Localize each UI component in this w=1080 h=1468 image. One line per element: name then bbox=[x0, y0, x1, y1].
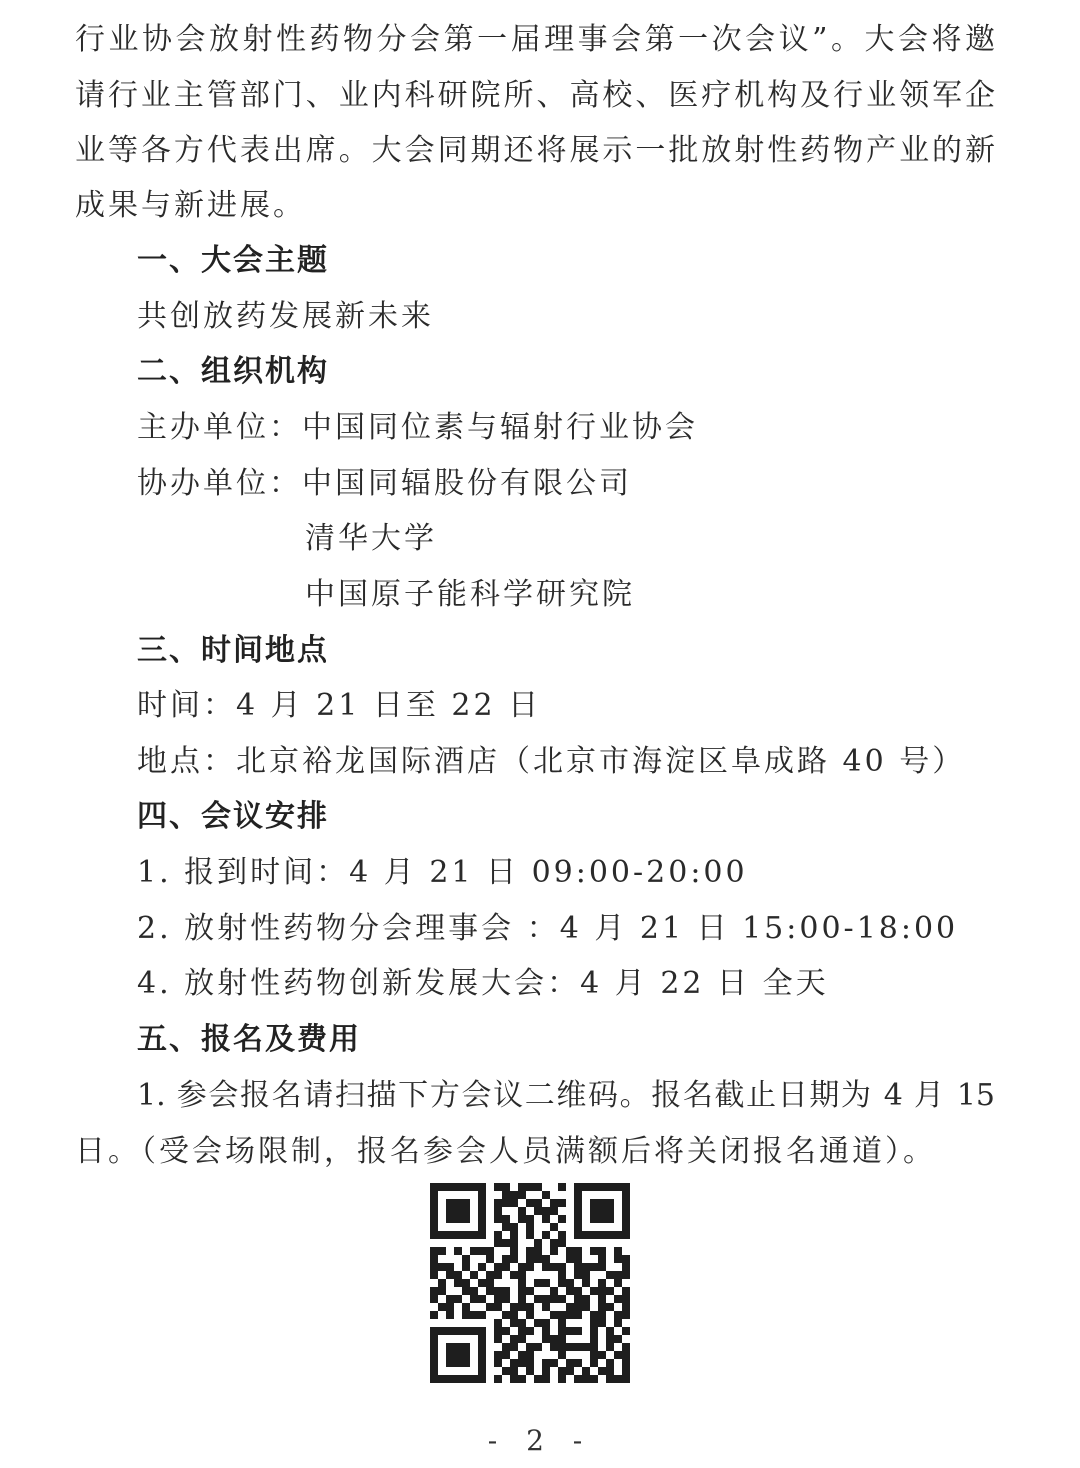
qr-module bbox=[582, 1343, 590, 1351]
qr-module bbox=[518, 1327, 526, 1335]
qr-module bbox=[566, 1223, 574, 1231]
qr-module bbox=[462, 1319, 470, 1327]
qr-module bbox=[454, 1239, 462, 1247]
qr-module bbox=[534, 1199, 542, 1207]
qr-module bbox=[590, 1311, 598, 1319]
qr-module bbox=[518, 1223, 526, 1231]
qr-module bbox=[446, 1191, 454, 1199]
qr-module bbox=[502, 1199, 510, 1207]
registration-line-2: 日。（受会场限制，报名参会人员满额后将关闭报名通道）。 bbox=[75, 1132, 936, 1172]
qr-module bbox=[454, 1319, 462, 1327]
qr-module bbox=[606, 1191, 614, 1199]
event-place: 地点：北京裕龙国际酒店（北京市海淀区阜成路 40 号） bbox=[137, 742, 965, 782]
qr-module bbox=[478, 1295, 486, 1303]
qr-module bbox=[534, 1183, 542, 1191]
qr-module bbox=[622, 1271, 630, 1279]
qr-module bbox=[446, 1263, 454, 1271]
qr-module bbox=[486, 1319, 494, 1327]
qr-module bbox=[534, 1303, 542, 1311]
qr-module bbox=[526, 1303, 534, 1311]
qr-module bbox=[614, 1351, 622, 1359]
qr-module bbox=[502, 1183, 510, 1191]
qr-module bbox=[438, 1183, 446, 1191]
qr-module bbox=[486, 1359, 494, 1367]
qr-module bbox=[494, 1375, 502, 1383]
qr-module bbox=[454, 1255, 462, 1263]
qr-module bbox=[510, 1327, 518, 1335]
qr-module bbox=[478, 1191, 486, 1199]
qr-module bbox=[582, 1271, 590, 1279]
qr-module bbox=[590, 1239, 598, 1247]
qr-module bbox=[470, 1319, 478, 1327]
qr-module bbox=[574, 1359, 582, 1367]
qr-module bbox=[486, 1295, 494, 1303]
qr-module bbox=[526, 1375, 534, 1383]
qr-module bbox=[614, 1303, 622, 1311]
qr-module bbox=[446, 1279, 454, 1287]
qr-module bbox=[510, 1247, 518, 1255]
qr-module bbox=[518, 1231, 526, 1239]
qr-module bbox=[494, 1311, 502, 1319]
qr-module bbox=[590, 1215, 598, 1223]
qr-module bbox=[574, 1375, 582, 1383]
qr-module bbox=[510, 1223, 518, 1231]
qr-module bbox=[478, 1207, 486, 1215]
qr-module bbox=[454, 1279, 462, 1287]
qr-module bbox=[558, 1295, 566, 1303]
qr-module bbox=[494, 1223, 502, 1231]
qr-module bbox=[502, 1343, 510, 1351]
qr-module bbox=[566, 1191, 574, 1199]
qr-module bbox=[558, 1223, 566, 1231]
qr-module bbox=[534, 1335, 542, 1343]
qr-module bbox=[598, 1311, 606, 1319]
qr-module bbox=[574, 1191, 582, 1199]
qr-module bbox=[438, 1215, 446, 1223]
qr-module bbox=[438, 1231, 446, 1239]
qr-module bbox=[446, 1375, 454, 1383]
qr-module bbox=[438, 1303, 446, 1311]
qr-module bbox=[574, 1207, 582, 1215]
qr-module bbox=[566, 1327, 574, 1335]
qr-module bbox=[598, 1327, 606, 1335]
qr-module bbox=[510, 1191, 518, 1199]
section-heading-time-place: 三、时间地点 bbox=[137, 631, 329, 671]
qr-module bbox=[510, 1351, 518, 1359]
qr-module bbox=[542, 1215, 550, 1223]
qr-module bbox=[454, 1351, 462, 1359]
qr-module bbox=[526, 1207, 534, 1215]
qr-module bbox=[478, 1279, 486, 1287]
qr-module bbox=[438, 1223, 446, 1231]
qr-module bbox=[446, 1359, 454, 1367]
qr-module bbox=[462, 1295, 470, 1303]
qr-module bbox=[446, 1311, 454, 1319]
qr-module bbox=[454, 1223, 462, 1231]
co-organizer-label: 协办单位： bbox=[137, 464, 302, 504]
schedule-item-3: 4. 放射性药物创新发展大会：4 月 22 日 全天 bbox=[137, 964, 829, 1004]
qr-module bbox=[486, 1271, 494, 1279]
qr-module bbox=[614, 1239, 622, 1247]
qr-module bbox=[446, 1247, 454, 1255]
qr-module bbox=[438, 1327, 446, 1335]
qr-module bbox=[486, 1311, 494, 1319]
qr-module bbox=[550, 1223, 558, 1231]
qr-module bbox=[502, 1319, 510, 1327]
qr-module bbox=[606, 1231, 614, 1239]
qr-module bbox=[622, 1335, 630, 1343]
qr-module bbox=[582, 1255, 590, 1263]
qr-module bbox=[454, 1335, 462, 1343]
qr-module bbox=[606, 1319, 614, 1327]
qr-module bbox=[526, 1279, 534, 1287]
theme-content: 共创放药发展新未来 bbox=[137, 297, 434, 337]
qr-module bbox=[430, 1215, 438, 1223]
qr-module bbox=[550, 1343, 558, 1351]
qr-module bbox=[438, 1247, 446, 1255]
qr-module bbox=[438, 1319, 446, 1327]
schedule-item-2: 2. 放射性药物分会理事会 ：4 月 21 日 15:00-18:00 bbox=[137, 909, 958, 949]
qr-module bbox=[430, 1239, 438, 1247]
qr-module bbox=[590, 1303, 598, 1311]
qr-module bbox=[534, 1359, 542, 1367]
qr-module bbox=[574, 1223, 582, 1231]
qr-module bbox=[566, 1239, 574, 1247]
qr-module bbox=[430, 1183, 438, 1191]
qr-module bbox=[542, 1311, 550, 1319]
qr-module bbox=[542, 1199, 550, 1207]
qr-module bbox=[606, 1183, 614, 1191]
qr-module bbox=[534, 1223, 542, 1231]
qr-module bbox=[478, 1247, 486, 1255]
qr-module bbox=[510, 1311, 518, 1319]
qr-module bbox=[574, 1295, 582, 1303]
qr-module bbox=[582, 1199, 590, 1207]
co-organizer-2: 清华大学 bbox=[305, 519, 437, 559]
qr-module bbox=[566, 1375, 574, 1383]
qr-module bbox=[598, 1319, 606, 1327]
qr-module bbox=[590, 1223, 598, 1231]
qr-module bbox=[582, 1239, 590, 1247]
qr-module bbox=[566, 1231, 574, 1239]
qr-module bbox=[502, 1191, 510, 1199]
qr-module bbox=[558, 1199, 566, 1207]
qr-module bbox=[438, 1375, 446, 1383]
qr-module bbox=[486, 1351, 494, 1359]
qr-module bbox=[510, 1367, 518, 1375]
qr-module bbox=[526, 1295, 534, 1303]
qr-module bbox=[622, 1319, 630, 1327]
qr-module bbox=[534, 1191, 542, 1199]
qr-module bbox=[614, 1327, 622, 1335]
qr-module bbox=[614, 1183, 622, 1191]
qr-module bbox=[542, 1207, 550, 1215]
qr-module bbox=[598, 1255, 606, 1263]
qr-module bbox=[510, 1279, 518, 1287]
qr-module bbox=[518, 1351, 526, 1359]
qr-module bbox=[486, 1375, 494, 1383]
qr-module bbox=[622, 1247, 630, 1255]
qr-module bbox=[558, 1367, 566, 1375]
qr-module bbox=[486, 1287, 494, 1295]
qr-module bbox=[622, 1351, 630, 1359]
qr-module bbox=[502, 1287, 510, 1295]
qr-module bbox=[502, 1335, 510, 1343]
qr-module bbox=[526, 1191, 534, 1199]
qr-module bbox=[486, 1183, 494, 1191]
qr-module bbox=[430, 1303, 438, 1311]
qr-module bbox=[526, 1327, 534, 1335]
qr-module bbox=[606, 1351, 614, 1359]
qr-module bbox=[550, 1255, 558, 1263]
qr-module bbox=[446, 1239, 454, 1247]
qr-module bbox=[470, 1199, 478, 1207]
qr-module bbox=[590, 1359, 598, 1367]
qr-module bbox=[606, 1279, 614, 1287]
qr-module bbox=[558, 1359, 566, 1367]
qr-module bbox=[486, 1199, 494, 1207]
qr-module bbox=[494, 1215, 502, 1223]
qr-module bbox=[606, 1367, 614, 1375]
qr-module bbox=[478, 1263, 486, 1271]
qr-module bbox=[454, 1343, 462, 1351]
qr-module bbox=[526, 1231, 534, 1239]
qr-module bbox=[542, 1375, 550, 1383]
qr-module bbox=[462, 1183, 470, 1191]
qr-module bbox=[470, 1271, 478, 1279]
qr-module bbox=[462, 1327, 470, 1335]
registration-qr-code[interactable] bbox=[430, 1183, 630, 1383]
qr-module bbox=[446, 1335, 454, 1343]
qr-module bbox=[534, 1375, 542, 1383]
qr-module bbox=[470, 1303, 478, 1311]
qr-module bbox=[542, 1335, 550, 1343]
qr-module bbox=[574, 1319, 582, 1327]
qr-module bbox=[494, 1335, 502, 1343]
qr-module bbox=[518, 1375, 526, 1383]
qr-module bbox=[622, 1215, 630, 1223]
qr-module bbox=[598, 1215, 606, 1223]
qr-module bbox=[614, 1367, 622, 1375]
qr-module bbox=[582, 1335, 590, 1343]
qr-module bbox=[494, 1239, 502, 1247]
qr-module bbox=[430, 1359, 438, 1367]
qr-module bbox=[446, 1231, 454, 1239]
qr-module bbox=[510, 1271, 518, 1279]
qr-module bbox=[526, 1255, 534, 1263]
host-organization: 中国同位素与辐射行业协会 bbox=[302, 410, 698, 445]
qr-module bbox=[614, 1255, 622, 1263]
qr-module bbox=[518, 1263, 526, 1271]
qr-module bbox=[598, 1199, 606, 1207]
qr-module bbox=[454, 1183, 462, 1191]
qr-module bbox=[446, 1319, 454, 1327]
qr-module bbox=[590, 1319, 598, 1327]
co-organizer-1: 中国同辐股份有限公司 bbox=[302, 466, 632, 501]
qr-module bbox=[518, 1255, 526, 1263]
qr-module bbox=[518, 1367, 526, 1375]
qr-module bbox=[438, 1287, 446, 1295]
qr-module bbox=[582, 1183, 590, 1191]
qr-module bbox=[510, 1303, 518, 1311]
qr-module bbox=[478, 1351, 486, 1359]
qr-module bbox=[438, 1343, 446, 1351]
qr-module bbox=[534, 1231, 542, 1239]
qr-module bbox=[558, 1271, 566, 1279]
qr-module bbox=[454, 1231, 462, 1239]
qr-module bbox=[606, 1263, 614, 1271]
qr-module bbox=[622, 1359, 630, 1367]
qr-module bbox=[598, 1295, 606, 1303]
qr-module bbox=[502, 1303, 510, 1311]
qr-module bbox=[590, 1287, 598, 1295]
qr-module bbox=[454, 1199, 462, 1207]
qr-module bbox=[462, 1255, 470, 1263]
qr-module bbox=[590, 1183, 598, 1191]
qr-module bbox=[438, 1311, 446, 1319]
qr-module bbox=[558, 1351, 566, 1359]
qr-module bbox=[550, 1263, 558, 1271]
qr-module bbox=[518, 1279, 526, 1287]
qr-module bbox=[438, 1239, 446, 1247]
qr-module bbox=[622, 1263, 630, 1271]
qr-module bbox=[430, 1327, 438, 1335]
qr-module bbox=[494, 1263, 502, 1271]
qr-module bbox=[566, 1335, 574, 1343]
qr-module bbox=[478, 1319, 486, 1327]
qr-module bbox=[494, 1319, 502, 1327]
qr-module bbox=[470, 1359, 478, 1367]
qr-module bbox=[494, 1295, 502, 1303]
qr-module bbox=[558, 1303, 566, 1311]
qr-module bbox=[598, 1359, 606, 1367]
qr-module bbox=[518, 1239, 526, 1247]
qr-module bbox=[542, 1359, 550, 1367]
qr-module bbox=[550, 1287, 558, 1295]
qr-module bbox=[614, 1223, 622, 1231]
qr-module bbox=[558, 1263, 566, 1271]
qr-module bbox=[614, 1375, 622, 1383]
qr-module bbox=[558, 1319, 566, 1327]
qr-module bbox=[598, 1279, 606, 1287]
qr-module bbox=[438, 1255, 446, 1263]
qr-module bbox=[518, 1335, 526, 1343]
qr-module bbox=[470, 1351, 478, 1359]
qr-module bbox=[550, 1215, 558, 1223]
qr-module bbox=[454, 1359, 462, 1367]
qr-module bbox=[542, 1343, 550, 1351]
qr-module bbox=[582, 1223, 590, 1231]
qr-module bbox=[470, 1335, 478, 1343]
qr-module bbox=[470, 1183, 478, 1191]
qr-module bbox=[470, 1247, 478, 1255]
qr-module bbox=[502, 1295, 510, 1303]
qr-module bbox=[582, 1263, 590, 1271]
qr-module bbox=[614, 1207, 622, 1215]
qr-module bbox=[622, 1295, 630, 1303]
qr-module bbox=[606, 1247, 614, 1255]
qr-module bbox=[542, 1191, 550, 1199]
qr-module bbox=[566, 1303, 574, 1311]
qr-module bbox=[478, 1327, 486, 1335]
qr-module bbox=[614, 1247, 622, 1255]
qr-module bbox=[494, 1183, 502, 1191]
qr-module bbox=[446, 1215, 454, 1223]
qr-module bbox=[614, 1319, 622, 1327]
qr-module bbox=[526, 1287, 534, 1295]
qr-module bbox=[622, 1207, 630, 1215]
qr-module bbox=[486, 1279, 494, 1287]
qr-module bbox=[478, 1367, 486, 1375]
qr-module bbox=[566, 1247, 574, 1255]
qr-module bbox=[566, 1295, 574, 1303]
qr-module bbox=[454, 1247, 462, 1255]
qr-module bbox=[502, 1239, 510, 1247]
qr-module bbox=[558, 1287, 566, 1295]
qr-module bbox=[582, 1319, 590, 1327]
qr-module bbox=[446, 1295, 454, 1303]
qr-module bbox=[606, 1311, 614, 1319]
qr-module bbox=[598, 1191, 606, 1199]
qr-module bbox=[590, 1271, 598, 1279]
qr-module bbox=[502, 1311, 510, 1319]
qr-module bbox=[542, 1183, 550, 1191]
page-number: - 2 - bbox=[0, 1424, 1080, 1457]
qr-module bbox=[534, 1327, 542, 1335]
qr-module bbox=[518, 1247, 526, 1255]
qr-module bbox=[526, 1335, 534, 1343]
qr-module bbox=[430, 1247, 438, 1255]
qr-module bbox=[454, 1191, 462, 1199]
qr-module bbox=[590, 1279, 598, 1287]
qr-module bbox=[494, 1207, 502, 1215]
qr-module bbox=[462, 1351, 470, 1359]
qr-module bbox=[526, 1199, 534, 1207]
qr-module bbox=[550, 1375, 558, 1383]
qr-module bbox=[478, 1359, 486, 1367]
qr-module bbox=[462, 1231, 470, 1239]
qr-module bbox=[534, 1287, 542, 1295]
qr-module bbox=[486, 1247, 494, 1255]
qr-module bbox=[462, 1311, 470, 1319]
qr-module bbox=[590, 1247, 598, 1255]
qr-module bbox=[470, 1279, 478, 1287]
qr-module bbox=[446, 1183, 454, 1191]
qr-module bbox=[566, 1215, 574, 1223]
co-organizer-row: 协办单位：中国同辐股份有限公司 bbox=[137, 464, 632, 504]
qr-module bbox=[486, 1303, 494, 1311]
qr-module bbox=[534, 1279, 542, 1287]
qr-module bbox=[606, 1215, 614, 1223]
qr-module bbox=[430, 1375, 438, 1383]
qr-module bbox=[518, 1183, 526, 1191]
qr-module bbox=[598, 1351, 606, 1359]
qr-module bbox=[510, 1239, 518, 1247]
qr-module bbox=[558, 1231, 566, 1239]
section-heading-registration: 五、报名及费用 bbox=[137, 1020, 361, 1060]
qr-module bbox=[574, 1247, 582, 1255]
qr-module bbox=[566, 1279, 574, 1287]
qr-module bbox=[430, 1263, 438, 1271]
qr-module bbox=[614, 1215, 622, 1223]
co-organizer-3: 中国原子能科学研究院 bbox=[305, 575, 635, 615]
qr-module bbox=[526, 1263, 534, 1271]
qr-module bbox=[550, 1319, 558, 1327]
qr-module bbox=[534, 1239, 542, 1247]
qr-module bbox=[582, 1367, 590, 1375]
qr-module bbox=[438, 1191, 446, 1199]
qr-module bbox=[478, 1199, 486, 1207]
